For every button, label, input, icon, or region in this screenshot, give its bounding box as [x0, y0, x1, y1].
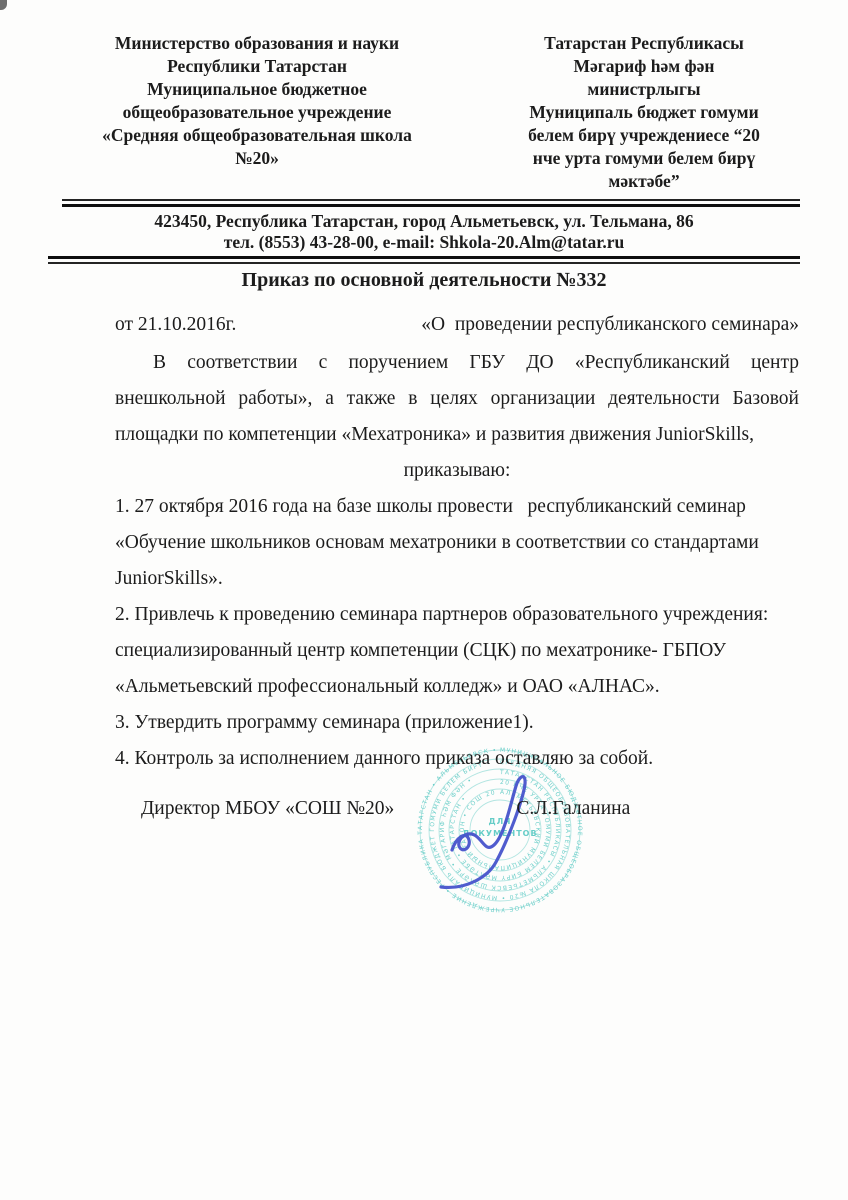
document-page: Министерство образования и науки Республ… — [0, 0, 848, 1200]
contact-info: 423450, Республика Татарстан, город Альм… — [0, 207, 848, 256]
document-title: Приказ по основной деятельности №332 — [0, 267, 848, 293]
order-item-1: 1. 27 октября 2016 года на базе школы пр… — [115, 489, 799, 597]
date-subject-row: от 21.10.2016г. «О проведении республика… — [115, 307, 799, 343]
letterhead: Министерство образования и науки Республ… — [0, 0, 848, 193]
letterhead-tatar: Татарстан Республикасы Мәгариф һәм фән м… — [476, 32, 812, 193]
signatory-name: С.Л.Галанина — [516, 791, 630, 827]
divider-top — [62, 199, 800, 207]
order-preamble: В соответствии с поручением ГБУ ДО «Респ… — [115, 345, 799, 453]
order-item-3: 3. Утвердить программу семинара (приложе… — [115, 705, 799, 741]
order-subject: «О проведении республиканского семинара» — [421, 307, 799, 343]
signature-row: Директор МБОУ «СОШ №20» С.Л.Галанина — [141, 791, 799, 827]
letterhead-russian: Министерство образования и науки Республ… — [70, 32, 444, 193]
order-directive: приказываю: — [115, 453, 799, 489]
order-item-4: 4. Контроль за исполнением данного прика… — [115, 741, 799, 777]
divider-bottom — [48, 256, 800, 264]
signatory-position: Директор МБОУ «СОШ №20» — [141, 791, 394, 827]
document-body: от 21.10.2016г. «О проведении республика… — [115, 307, 799, 827]
order-date: от 21.10.2016г. — [115, 307, 236, 343]
order-item-2: 2. Привлечь к проведению семинара партне… — [115, 597, 799, 705]
